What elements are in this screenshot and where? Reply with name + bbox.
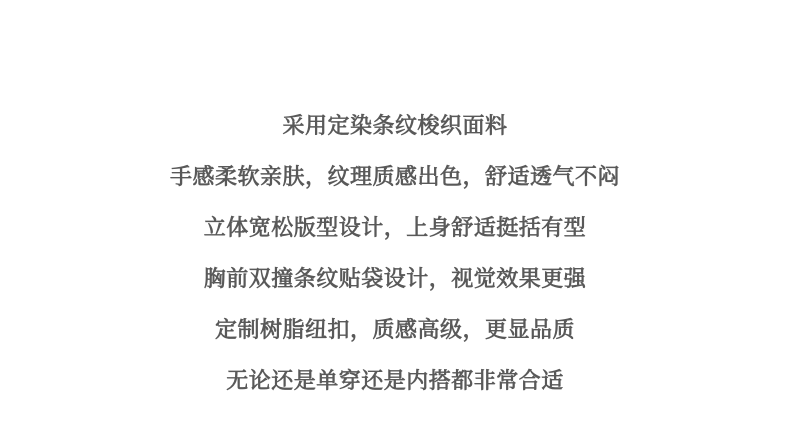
description-line-pocket: 胸前双撞条纹贴袋设计，视觉效果更强	[0, 266, 790, 291]
description-line-fit: 立体宽松版型设计，上身舒适挺括有型	[0, 215, 790, 240]
description-line-feel: 手感柔软亲肤，纹理质感出色，舒适透气不闷	[0, 164, 790, 189]
description-line-fabric: 采用定染条纹梭织面料	[0, 113, 790, 138]
product-description-block: 采用定染条纹梭织面料 手感柔软亲肤，纹理质感出色，舒适透气不闷 立体宽松版型设计…	[0, 113, 790, 393]
product-description-page: 采用定染条纹梭织面料 手感柔软亲肤，纹理质感出色，舒适透气不闷 立体宽松版型设计…	[0, 0, 790, 445]
description-line-buttons: 定制树脂纽扣，质感高级，更显品质	[0, 317, 790, 342]
description-line-styling: 无论还是单穿还是内搭都非常合适	[0, 368, 790, 393]
